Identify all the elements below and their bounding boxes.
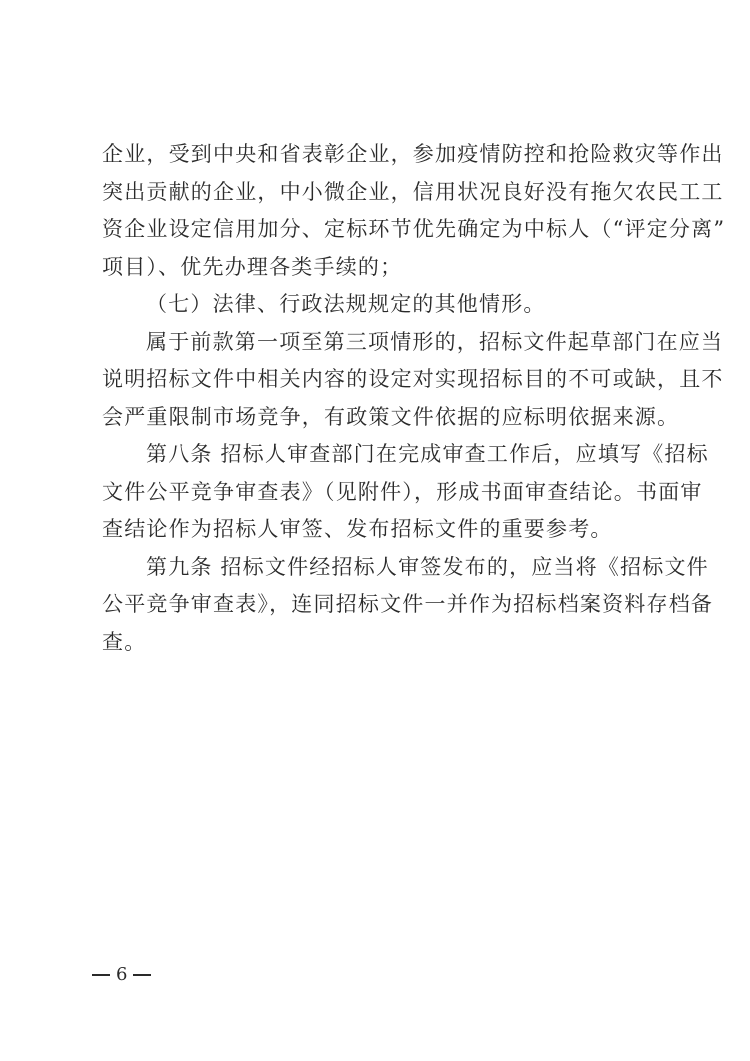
text-line: 公平竞争审查表》，连同招标文件一并作为招标档案资料存档备 xyxy=(102,586,658,624)
text-line: 资企业设定信用加分、定标环节优先确定为中标人（“评定分离” xyxy=(102,211,658,249)
text-line: 会严重限制市场竞争，有政策文件依据的应标明依据来源。 xyxy=(102,399,658,437)
dash-right xyxy=(133,974,151,975)
dash-left xyxy=(92,974,110,975)
text-line: 说明招标文件中相关内容的设定对实现招标目的不可或缺，且不 xyxy=(102,361,658,399)
page-number: 6 xyxy=(116,963,127,987)
text-line: 项目）、优先办理各类手续的； xyxy=(102,249,658,287)
document-page: 企业，受到中央和省表彰企业，参加疫情防控和抢险救灾等作出 突出贡献的企业，中小微… xyxy=(0,0,750,1061)
list-item-7: （七）法律、行政法规规定的其他情形。 xyxy=(102,286,658,324)
article-9-heading-line: 第九条 招标文件经招标人审签发布的，应当将《招标文件 xyxy=(102,549,658,587)
text-line: 查。 xyxy=(102,624,658,662)
text-line: 查结论作为招标人审签、发布招标文件的重要参考。 xyxy=(102,511,658,549)
text-line: 文件公平竞争审查表》（见附件），形成书面审查结论。书面审 xyxy=(102,474,658,512)
article-8-heading-line: 第八条 招标人审查部门在完成审查工作后，应填写《招标 xyxy=(102,436,658,474)
page-footer: 6 xyxy=(92,963,151,987)
text-line: 企业，受到中央和省表彰企业，参加疫情防控和抢险救灾等作出 xyxy=(102,136,658,174)
text-line: 突出贡献的企业，中小微企业，信用状况良好没有拖欠农民工工 xyxy=(102,174,658,212)
text-line: 属于前款第一项至第三项情形的，招标文件起草部门在应当 xyxy=(102,324,658,362)
document-body: 企业，受到中央和省表彰企业，参加疫情防控和抢险救灾等作出 突出贡献的企业，中小微… xyxy=(102,136,658,661)
